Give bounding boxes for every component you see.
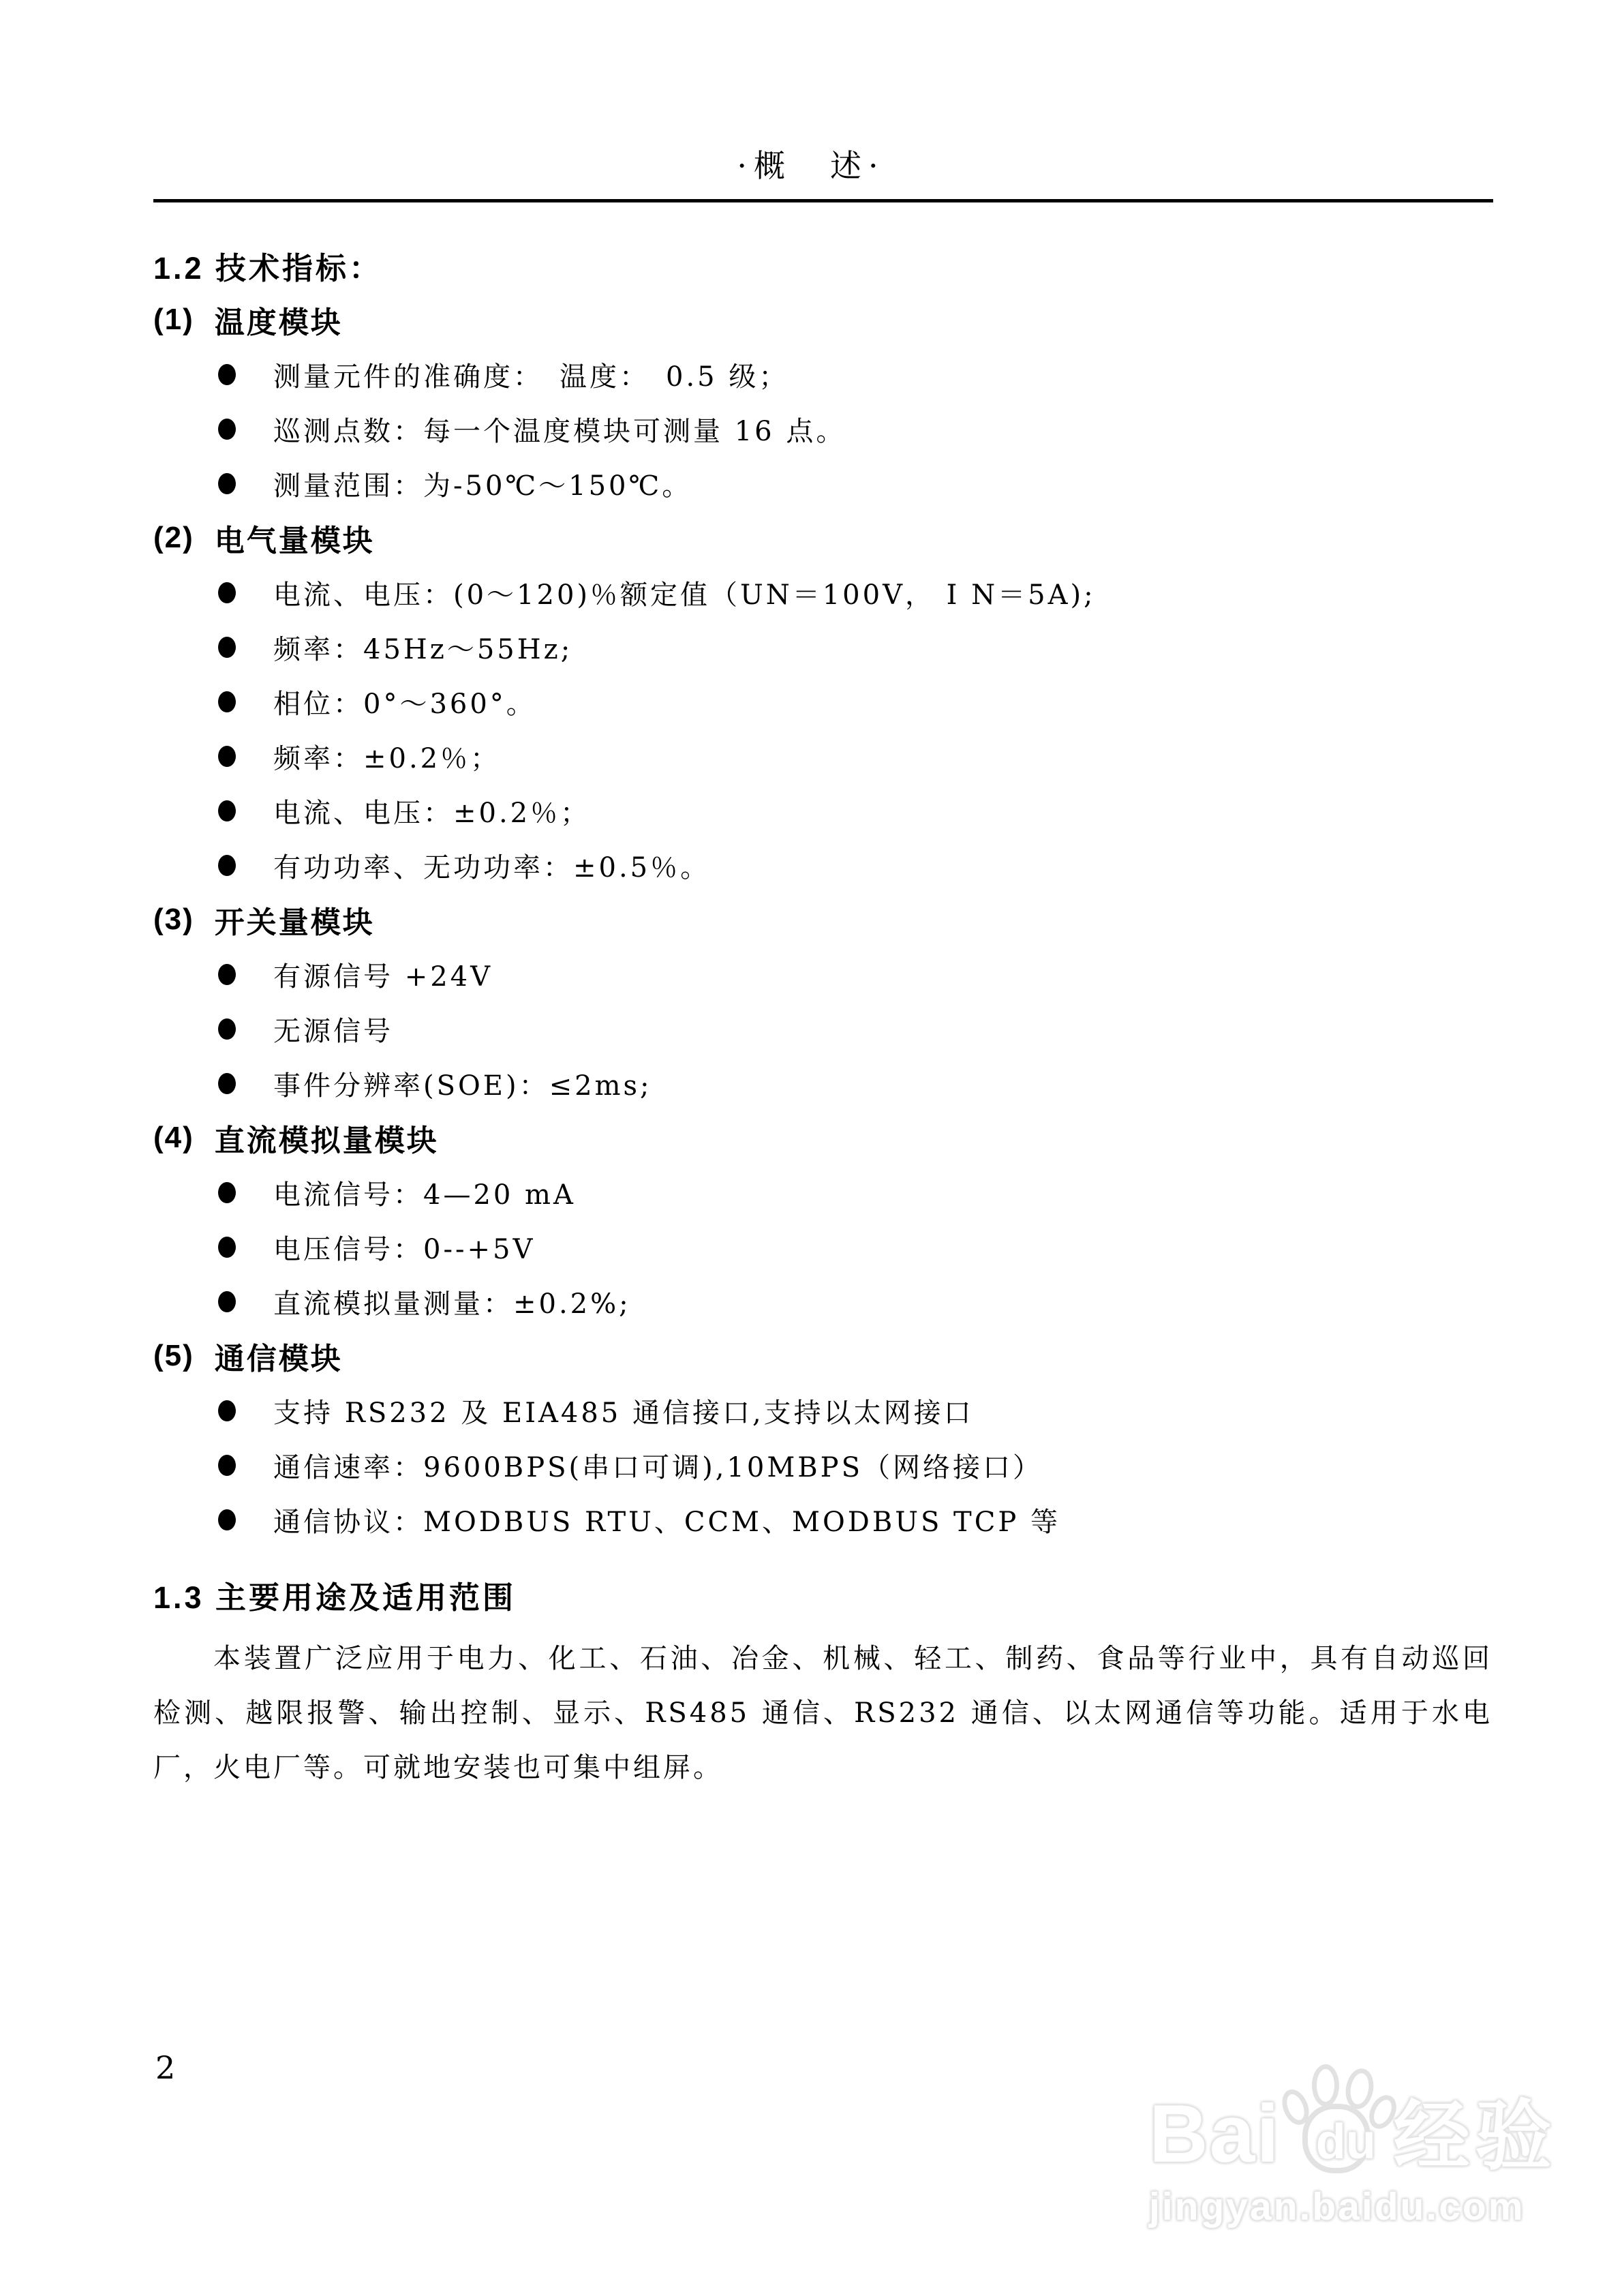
usage-paragraph: 本装置广泛应用于电力、化工、石油、冶金、机械、轻工、制药、食品等行业中，具有自动… (153, 1631, 1493, 1795)
spec-item: 事件分辨率(SOE)：≤2ms; (153, 1056, 1493, 1111)
subsection-1-number: (1) (153, 303, 194, 337)
jingyan-brand-cn: 经验 (1394, 2098, 1557, 2175)
subsection-5-heading: (5) 通信模块 (153, 1329, 1493, 1383)
watermark-url: jingyan.baidu.com (1149, 2184, 1585, 2229)
spec-item: 有源信号 +24V (153, 947, 1493, 1001)
bullet-icon (218, 1073, 236, 1094)
baidu-logo-text-bai: Bai (1149, 2093, 1281, 2175)
bullet-icon (218, 1182, 236, 1203)
subsection-3-heading: (3) 开关量模块 (153, 892, 1493, 947)
subsection-4-number: (4) (153, 1121, 194, 1155)
watermark-brand-row: Bai du 经验 (1149, 2064, 1585, 2175)
bullet-icon (218, 582, 236, 603)
page-header: ·概 述· (0, 0, 1622, 181)
subsection-1-heading: (1) 温度模块 (153, 292, 1493, 347)
spec-item: 测量元件的准确度： 温度： 0.5 级； (153, 347, 1493, 402)
subsection-3-number: (3) (153, 903, 194, 937)
bullet-icon (218, 1018, 236, 1040)
bullet-icon (218, 1400, 236, 1421)
spec-item: 直流模拟量测量：±0.2%; (153, 1274, 1493, 1329)
spec-item: 频率：±0.2％； (153, 729, 1493, 783)
baidu-logo-text-du: du (1316, 2117, 1376, 2166)
spec-item: 相位：0°～360°。 (153, 674, 1493, 729)
subsection-5-title: 通信模块 (215, 1334, 343, 1378)
bullet-icon (218, 637, 236, 658)
spec-item: 无源信号 (153, 1001, 1493, 1056)
spec-item: 电压信号：0--+5V (153, 1220, 1493, 1274)
bullet-icon (218, 746, 236, 767)
document-page: ·概 述· 1.2 技术指标： (1) 温度模块 测量元件的准确度： 温度： 0… (0, 0, 1622, 2296)
spec-item: 有功功率、无功功率：±0.5％。 (153, 838, 1493, 892)
subsection-2-title: 电气量模块 (215, 516, 375, 560)
spec-item: 支持 RS232 及 EIA485 通信接口,支持以太网接口 (153, 1383, 1493, 1438)
spec-heading: 1.2 技术指标： (153, 238, 1493, 292)
page-number: 2 (155, 2049, 175, 2086)
spec-item: 电流信号：4—20 mA (153, 1165, 1493, 1220)
bullet-icon (218, 800, 236, 821)
bullet-icon (218, 1291, 236, 1312)
subsection-2-heading: (2) 电气量模块 (153, 511, 1493, 565)
spec-item: 测量范围：为-50℃～150℃。 (153, 456, 1493, 511)
spec-item: 频率：45Hz～55Hz; (153, 620, 1493, 674)
bullet-icon (218, 1455, 236, 1476)
bullet-icon (218, 419, 236, 440)
page-content: 1.2 技术指标： (1) 温度模块 测量元件的准确度： 温度： 0.5 级； … (153, 202, 1493, 1795)
spec-item: 电流、电压：±0.2％； (153, 783, 1493, 838)
bullet-icon (218, 1237, 236, 1258)
subsection-3-title: 开关量模块 (215, 898, 375, 941)
bullet-icon (218, 964, 236, 985)
bullet-icon (218, 1509, 236, 1530)
subsection-2-number: (2) (153, 521, 194, 555)
subsection-5-number: (5) (153, 1339, 194, 1373)
usage-heading-label: 1.3 主要用途及适用范围 (153, 1573, 516, 1617)
bullet-icon (218, 691, 236, 712)
bullet-icon (218, 473, 236, 494)
subsection-1-title: 温度模块 (215, 298, 343, 342)
header-title: ·概 述· (737, 147, 885, 184)
baidu-jingyan-watermark: Bai du 经验 jingyan.baidu.com (1149, 2064, 1585, 2229)
paw-toe-icon (1312, 2064, 1339, 2106)
bullet-icon (218, 364, 236, 385)
spec-heading-label: 1.2 技术指标： (153, 243, 382, 288)
spec-item: 通信速率：9600BPS(串口可调),10MBPS（网络接口） (153, 1438, 1493, 1492)
baidu-paw-icon: du (1283, 2064, 1391, 2175)
usage-heading: 1.3 主要用途及适用范围 (153, 1567, 1493, 1622)
spec-item: 通信协议：MODBUS RTU、CCM、MODBUS TCP 等 (153, 1492, 1493, 1547)
spec-item: 巡测点数：每一个温度模块可测量 16 点。 (153, 402, 1493, 456)
bullet-icon (218, 855, 236, 876)
subsection-4-title: 直流模拟量模块 (215, 1116, 439, 1160)
subsection-4-heading: (4) 直流模拟量模块 (153, 1111, 1493, 1165)
spec-item: 电流、电压：(0～120)％额定值（UN＝100V， I N＝5A); (153, 565, 1493, 620)
